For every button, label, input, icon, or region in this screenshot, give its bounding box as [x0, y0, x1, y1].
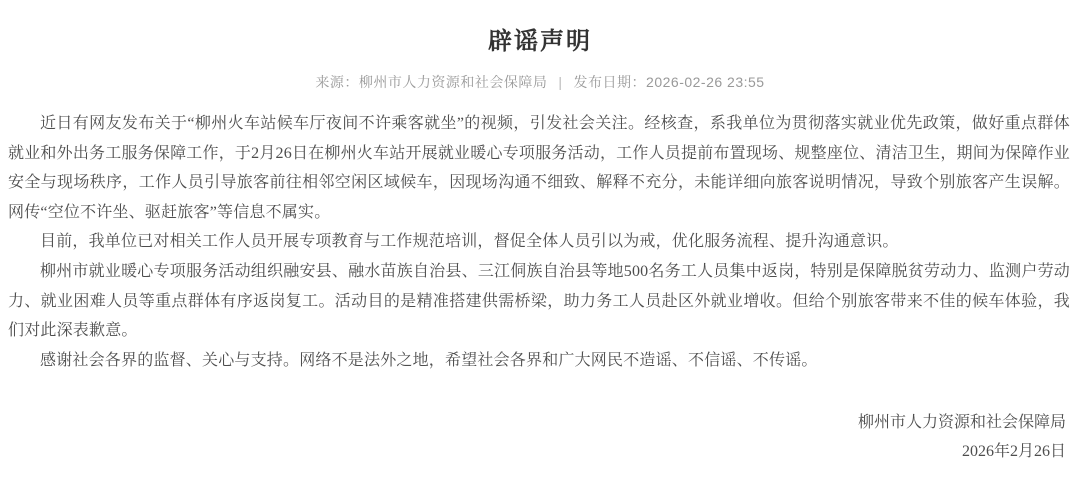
page-title: 辟谣声明: [0, 21, 1080, 56]
statement-paragraph: 感谢社会各界的监督、关心与支持。网络不是法外之地，希望社会各界和广大网民不造谣、…: [8, 346, 1070, 376]
meta-line: 来源：柳州市人力资源和社会保障局|发布日期：2026-02-26 23:55: [0, 72, 1080, 92]
signature-block: 柳州市人力资源和社会保障局 2026年2月26日: [0, 408, 1080, 466]
statement-body: 近日有网友发布关于“柳州火车站候车厅夜间不许乘客就坐”的视频，引发社会关注。经核…: [8, 109, 1070, 375]
statement-paragraph: 目前，我单位已对相关工作人员开展专项教育与工作规范培训，督促全体人员引以为戒，优…: [8, 227, 1070, 257]
publish-date-value: 2026-02-26 23:55: [646, 74, 765, 90]
statement-paragraph: 柳州市就业暖心专项服务活动组织融安县、融水苗族自治县、三江侗族自治县等地500名…: [8, 257, 1070, 346]
statement-page: 辟谣声明 来源：柳州市人力资源和社会保障局|发布日期：2026-02-26 23…: [0, 0, 1080, 478]
signature: 柳州市人力资源和社会保障局: [0, 408, 1066, 437]
source-label: 来源：: [315, 74, 359, 90]
statement-paragraph: 近日有网友发布关于“柳州火车站候车厅夜间不许乘客就坐”的视频，引发社会关注。经核…: [8, 109, 1070, 227]
publish-date-label: 发布日期：: [574, 74, 647, 90]
meta-separator: |: [558, 74, 562, 90]
source-value: 柳州市人力资源和社会保障局: [359, 74, 548, 90]
signature-date: 2026年2月26日: [0, 437, 1066, 466]
